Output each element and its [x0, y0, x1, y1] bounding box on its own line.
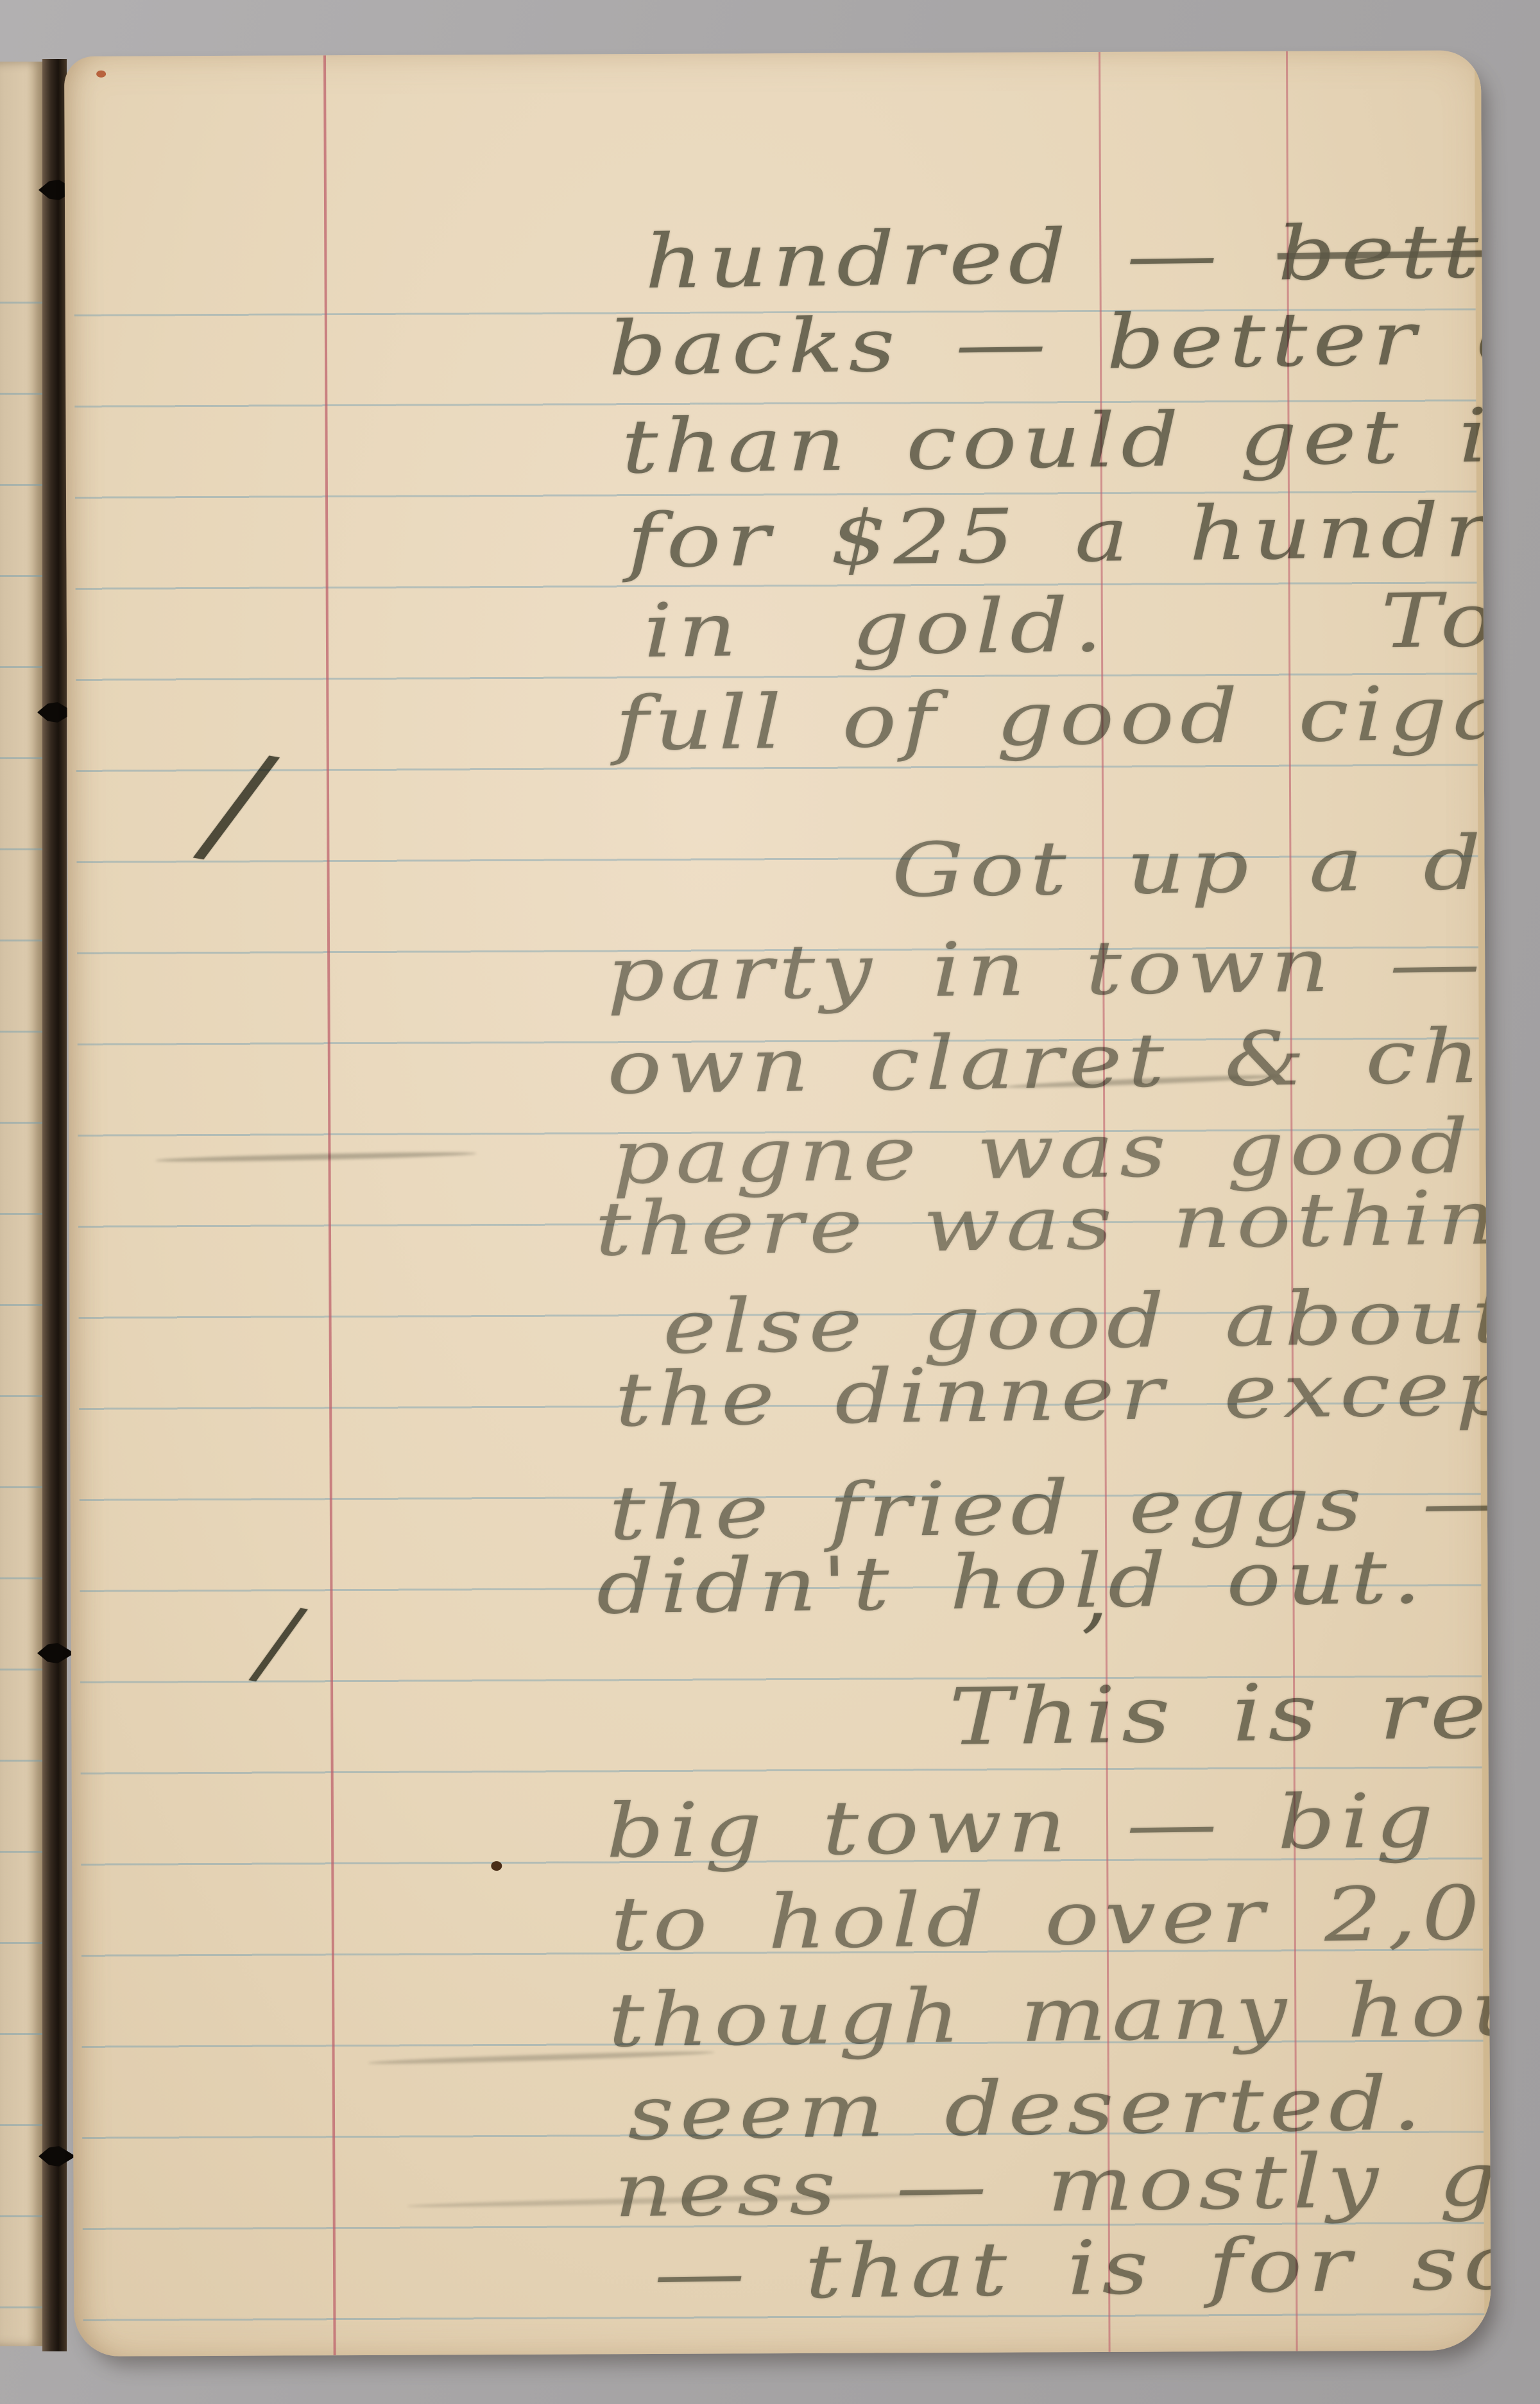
binding-gap: [42, 59, 67, 2351]
scanner-background: hundred — bette green- backs — better ci…: [0, 0, 1540, 2404]
previous-page-edge: [0, 62, 45, 2346]
handwriting-line: — that is for soldiers.: [214, 2147, 1491, 2357]
previous-page-ruled-lines: [0, 302, 45, 2317]
scanned-notebook-screenshot: { "scan": { "background_color": "#a8a6a7…: [0, 0, 1540, 2404]
handwriting-text: — that is for soldiers.: [653, 2215, 1491, 2317]
notebook-page: hundred — bette green- backs — better ci…: [64, 50, 1491, 2357]
handwriting-text: full of good cigars.: [615, 668, 1491, 768]
handwriting-layer: hundred — bette green- backs — better ci…: [64, 50, 1491, 2357]
